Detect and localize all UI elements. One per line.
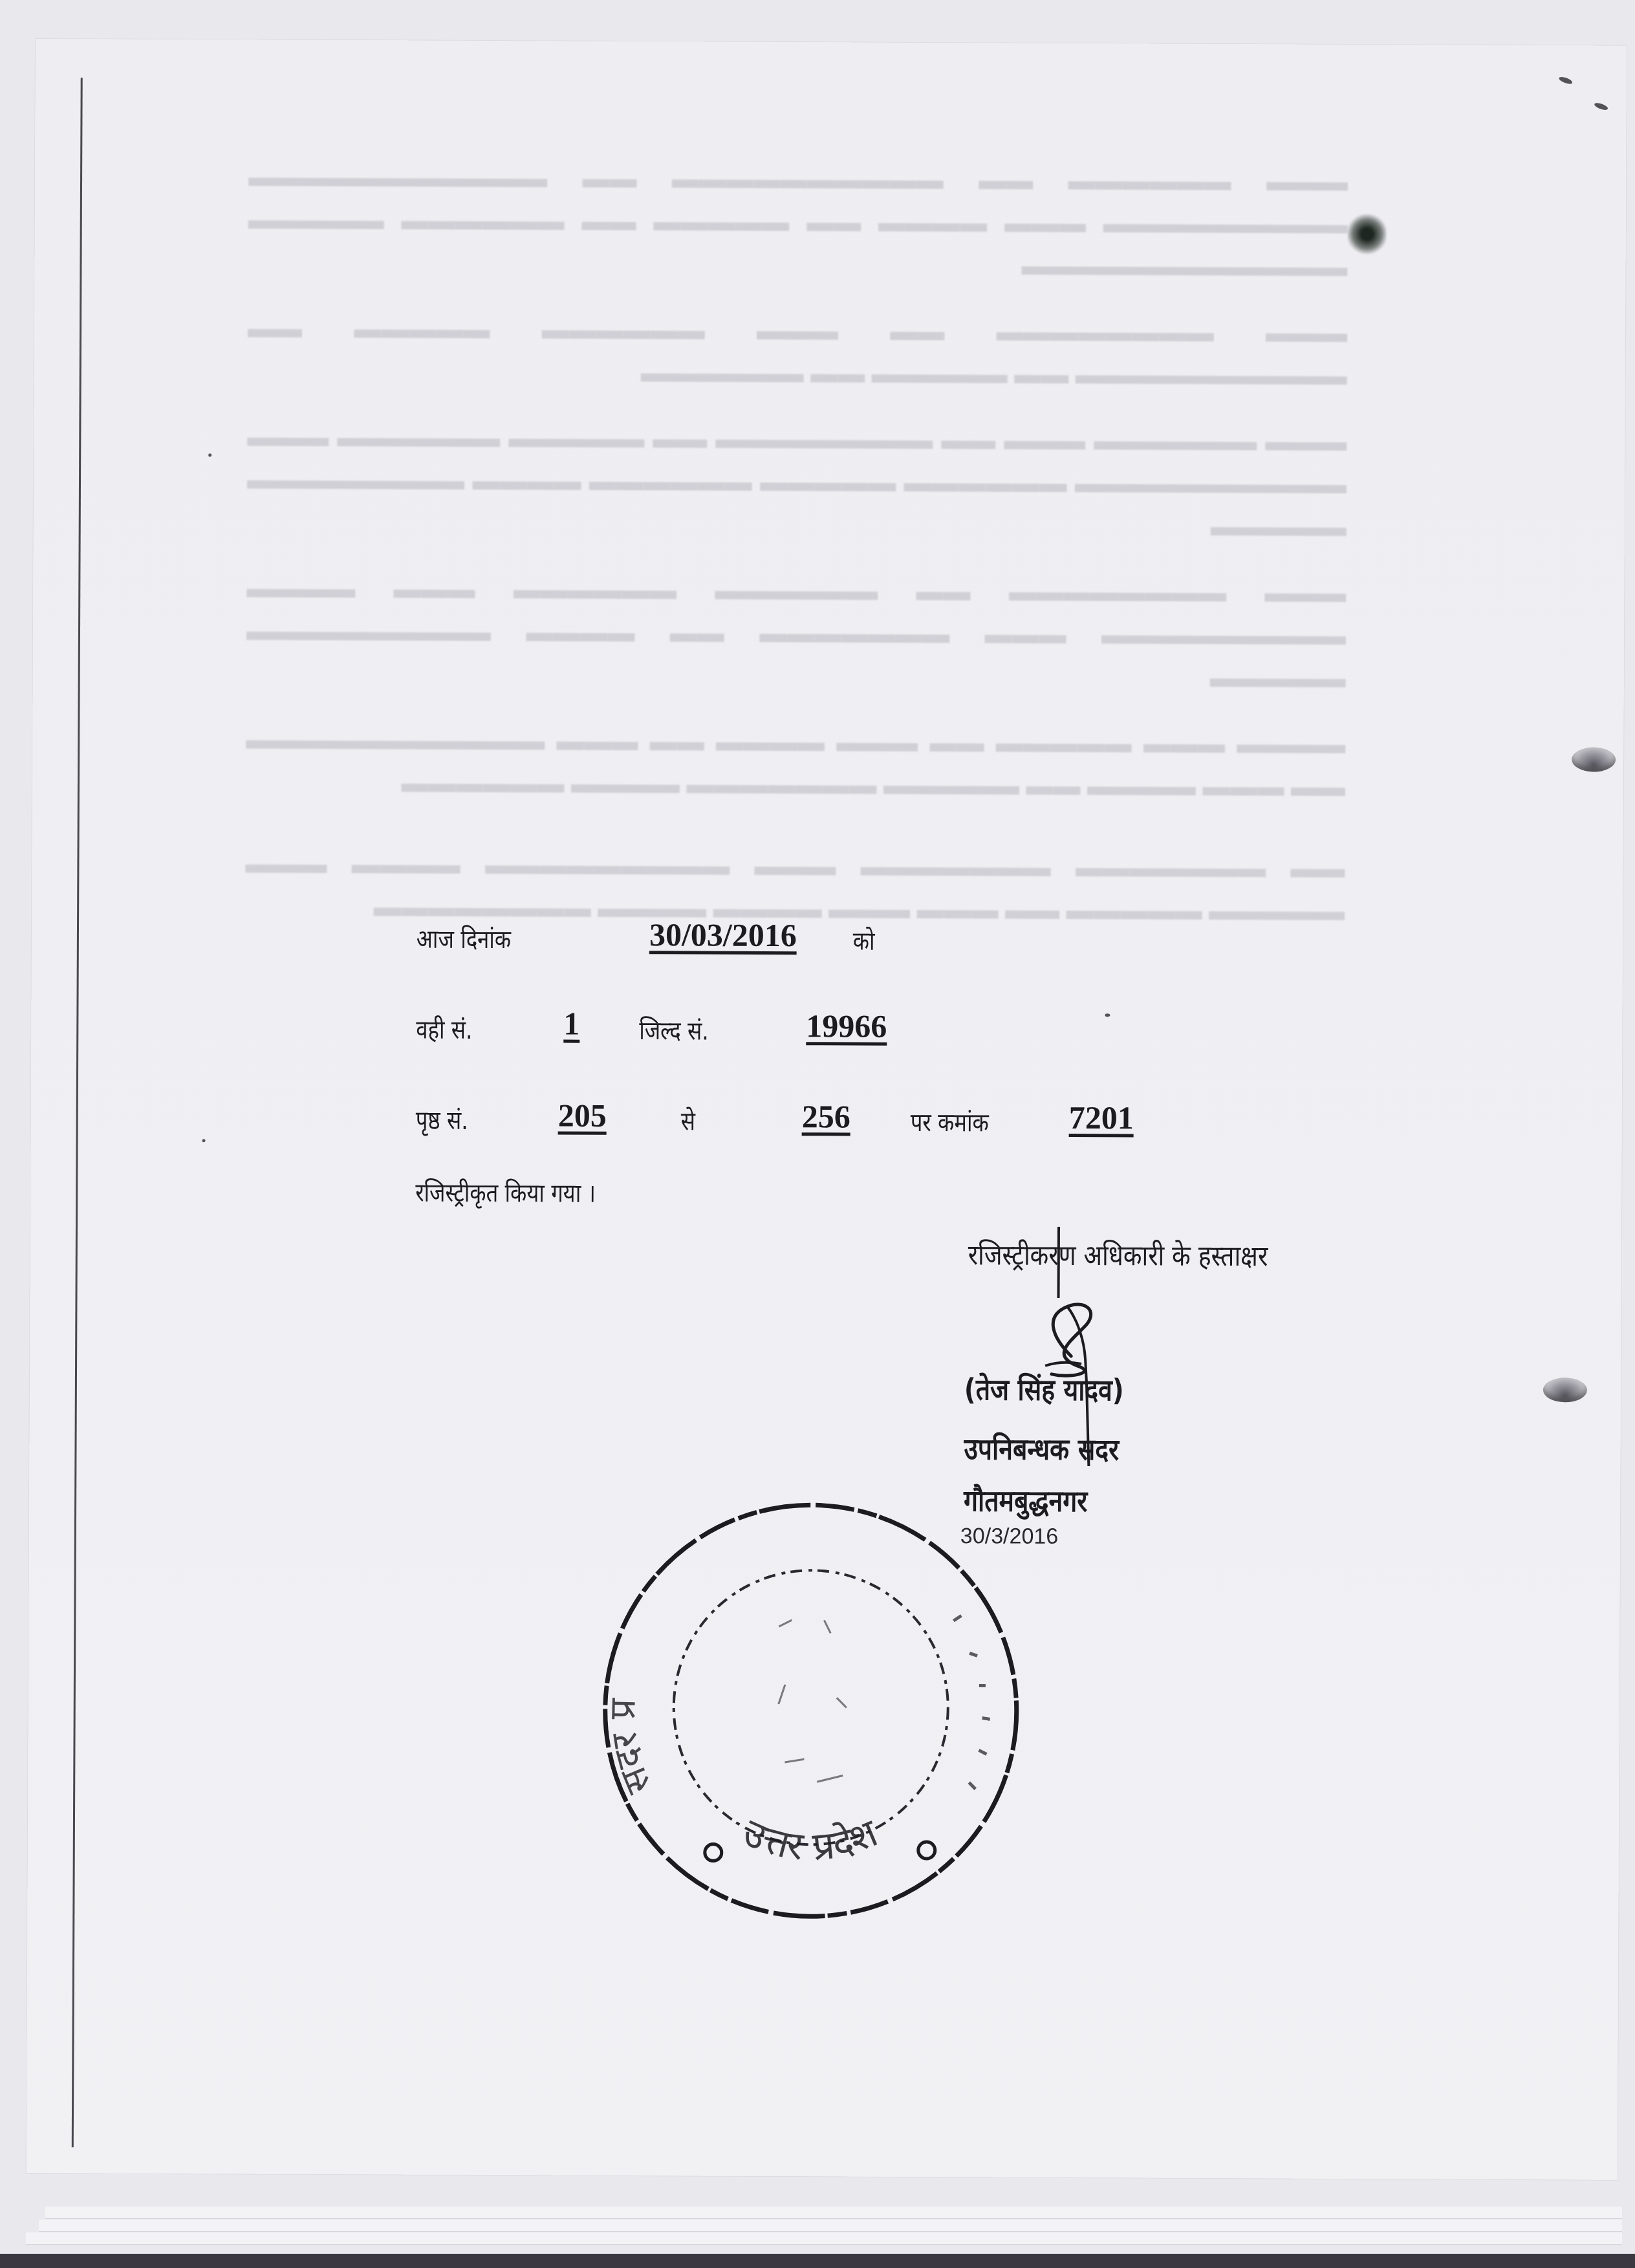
page-from: 205 bbox=[558, 1097, 607, 1134]
ink-speck bbox=[202, 1139, 206, 1142]
scanned-document: ▬▬▬ ▬▬▬▬▬▬ ▬▬ ▬▬▬▬▬▬▬▬▬▬ ▬▬ ▬▬▬▬▬▬▬▬▬▬▬ … bbox=[0, 0, 1635, 2268]
date-label: आज दिनांक bbox=[417, 920, 511, 956]
page-to: 256 bbox=[802, 1097, 850, 1135]
punch-hole bbox=[1572, 747, 1616, 772]
margin-rule bbox=[72, 78, 83, 2147]
svg-text:उत्तर प्रदेश: उत्तर प्रदेश bbox=[736, 1809, 885, 1870]
registration-endorsement: आज दिनांक 30/03/2016 को वही सं. 1 जिल्द … bbox=[36, 39, 1627, 46]
ink-blot bbox=[1348, 213, 1387, 255]
page-stack-edge bbox=[26, 2232, 1622, 2245]
ink-speck bbox=[208, 453, 211, 457]
bleed-through-text: ▬▬▬ ▬▬▬▬▬▬ ▬▬ ▬▬▬▬▬▬▬▬▬▬ ▬▬ ▬▬▬▬▬▬▬▬▬▬▬ … bbox=[245, 156, 1348, 956]
seal-left-text: सदर प्र bbox=[601, 1698, 660, 1800]
page-stack-edge bbox=[39, 2219, 1622, 2232]
ink-speck bbox=[1558, 76, 1573, 85]
page-stack-edge bbox=[45, 2207, 1622, 2219]
registration-date: 30/03/2016 bbox=[649, 916, 797, 954]
signatory-block: रजिस्ट्रीकरण अधिकारी के हस्ताक्षर (तेज स… bbox=[36, 39, 1627, 46]
signatory-name: (तेज सिंह यादव) bbox=[964, 1368, 1124, 1409]
ink-speck bbox=[1105, 1013, 1110, 1017]
volume-number: 19966 bbox=[806, 1007, 887, 1045]
serial-label: पर कमांक bbox=[911, 1103, 989, 1139]
document-page: ▬▬▬ ▬▬▬▬▬▬ ▬▬ ▬▬▬▬▬▬▬▬▬▬ ▬▬ ▬▬▬▬▬▬▬▬▬▬▬ … bbox=[27, 39, 1627, 2180]
registered-statement: रजिस्ट्रीकृत किया गया । bbox=[415, 1174, 596, 1210]
punch-hole bbox=[1543, 1377, 1587, 1402]
ink-speck bbox=[1594, 102, 1608, 111]
book-label: वही सं. bbox=[416, 1011, 472, 1046]
seal-bottom-text: उत्तर प्रदेश bbox=[736, 1809, 885, 1870]
signatory-designation: उपनिबन्धक सदर bbox=[964, 1428, 1119, 1469]
date-suffix: को bbox=[853, 922, 875, 958]
svg-text:सदर प्र: सदर प्र bbox=[601, 1698, 660, 1800]
official-seal-stamp: उत्तर प्रदेश सदर प्र bbox=[590, 1490, 1032, 1932]
scanner-bed-edge bbox=[0, 2254, 1635, 2268]
page-to-label: से bbox=[681, 1102, 695, 1138]
serial-number: 7201 bbox=[1069, 1099, 1134, 1136]
book-number: 1 bbox=[563, 1005, 579, 1042]
page-label: पृष्ठ सं. bbox=[416, 1101, 468, 1137]
volume-label: जिल्द सं. bbox=[639, 1011, 709, 1047]
